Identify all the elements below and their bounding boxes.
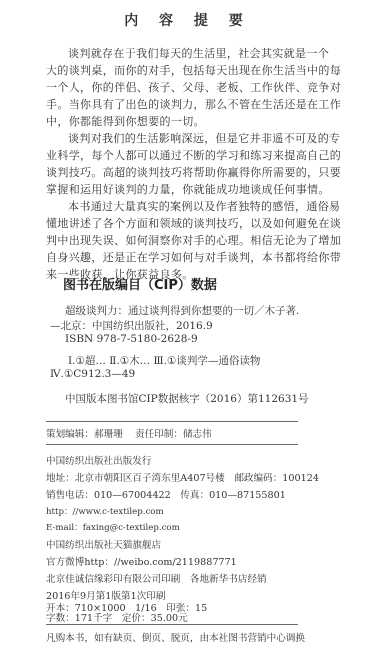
footer-notice: 凡购本书，如有缺页、倒页、脱页，由本社图书营销中心调换 bbox=[46, 630, 305, 644]
divider-rule bbox=[46, 421, 298, 422]
publisher-issuer: 中国纺织出版社出版发行 bbox=[46, 453, 152, 467]
paragraph-line: 懂地讲述了各个方面和领域的谈判技巧，以及如何避免在谈 bbox=[46, 215, 302, 232]
cip-title-line: 超级谈判力：通过谈判得到你想要的一切／木子著. bbox=[65, 303, 299, 318]
publisher-website: http：//www.c-textilep.com bbox=[46, 505, 164, 517]
paragraph-line: 中，你都能得到你想要的一切。 bbox=[46, 113, 302, 130]
cip-isbn: ISBN 978-7-5180-2628-9 bbox=[65, 333, 198, 345]
cip-record-number: 中国版本图书馆CIP数据核字（2016）第112631号 bbox=[65, 391, 309, 406]
divider-rule bbox=[46, 444, 298, 445]
summary-paragraph-3: 本书通过大量真实的案例以及作者独特的感悟，通俗易 懂地讲述了各个方面和领域的谈判… bbox=[46, 198, 302, 283]
copyright-page: 内 容 提 要 谈判就存在于我们每天的生活里，社会其实就是一个 大的谈判桌，而你… bbox=[0, 0, 375, 651]
publisher-tmall-store: 中国纺织出版社天猫旗舰店 bbox=[46, 537, 161, 551]
publisher-email: E-mail：faxing@c-textilep.com bbox=[46, 521, 180, 533]
publisher-address: 地址：北京市朝阳区百子湾东里A407号楼 邮政编码：100124 bbox=[46, 470, 319, 484]
paragraph-line: 掌握和运用好谈判的力量，你就能成功地谈成任何事情。 bbox=[46, 181, 302, 198]
summary-title: 内 容 提 要 bbox=[0, 10, 375, 30]
paragraph-line: 一个人，你的伴侣、孩子、父母、老板、工作伙伴、竞争对 bbox=[46, 79, 302, 96]
planning-editor: 策划编辑：郝珊珊 bbox=[46, 426, 123, 440]
word-count-price: 字数：171千字 定价：35.00元 bbox=[46, 610, 188, 624]
cip-classification-line-1: Ⅰ.①超… Ⅱ.①木… Ⅲ.①谈判学—通俗读物 bbox=[68, 353, 260, 368]
print-supervisor: 责任印制：储志伟 bbox=[135, 426, 212, 440]
paragraph-line: 自身兴趣，还是正在学习如何与对手谈判，本书都将给你带 bbox=[46, 249, 302, 266]
paragraph-line: 业科学，每个人都可以通过不断的学习和练习来提高自己的 bbox=[46, 147, 302, 164]
paragraph-line: 手。当你具有了出色的谈判力，那么不管在生活还是在工作 bbox=[46, 96, 302, 113]
printer-info: 北京佳诚信缘彩印有限公司印刷 各地新华书店经销 bbox=[46, 571, 267, 585]
summary-paragraph-1: 谈判就存在于我们每天的生活里，社会其实就是一个 大的谈判桌，而你的对手，包括每天… bbox=[46, 45, 302, 130]
paragraph-line: 本书通过大量真实的案例以及作者独特的感悟，通俗易 bbox=[46, 198, 302, 215]
cip-classification-line-2: Ⅳ.①C912.3—49 bbox=[50, 368, 135, 380]
paragraph-line: 谈判对我们的生活影响深远，但是它并非遥不可及的专 bbox=[46, 130, 302, 147]
cip-publisher-line: —北京：中国纺织出版社，2016.9 bbox=[50, 318, 213, 333]
paragraph-line: 谈判技巧。高超的谈判技巧将帮助你赢得你所需要的，只要 bbox=[46, 164, 302, 181]
publisher-phone: 销售电话：010—67004422 传真：010—87155801 bbox=[46, 487, 286, 501]
paragraph-line: 大的谈判桌，而你的对手，包括每天出现在你生活当中的每 bbox=[46, 62, 302, 79]
publisher-weibo: 官方微博http：//weibo.com/2119887771 bbox=[46, 554, 237, 568]
paragraph-line: 判中出现失误、如何洞察你对手的心理。相信无论为了增加 bbox=[46, 232, 302, 249]
paragraph-line: 谈判就存在于我们每天的生活里，社会其实就是一个 bbox=[46, 45, 302, 62]
cip-heading: 图书在版编目（CIP）数据 bbox=[63, 274, 217, 293]
divider-rule bbox=[46, 624, 298, 625]
summary-paragraph-2: 谈判对我们的生活影响深远，但是它并非遥不可及的专 业科学，每个人都可以通过不断的… bbox=[46, 130, 302, 198]
